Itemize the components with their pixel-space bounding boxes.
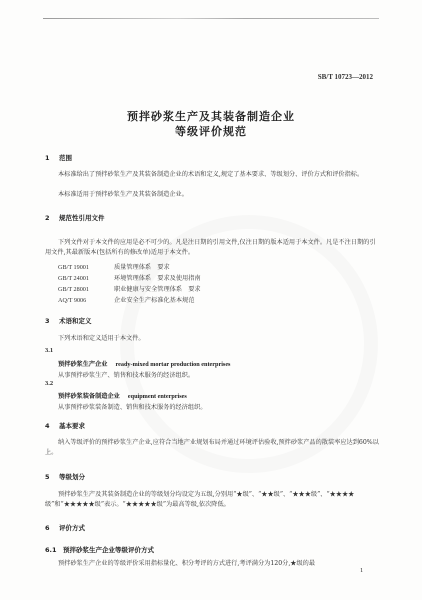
term-3-2-definition: 从事预拌砂浆装备制造、销售和技术服务的经济组织。 (58, 402, 207, 411)
section-6-1-para-1: 预拌砂浆生产企业的等级评价采用指标量化、积分考评的方式进行,考评满分为120分,… (45, 559, 381, 569)
header-rule (43, 18, 379, 19)
section-6-1-heading: 6.1预拌砂浆生产企业等级评价方式 (45, 545, 154, 554)
page-number: 1 (360, 567, 363, 574)
section-1-para-1: 本标准给出了预拌砂浆生产及其装备制造企业的术语和定义,规定了基本要求、等级划分、… (45, 170, 381, 180)
section-6-heading: 6评价方式 (45, 523, 85, 532)
reference-item: AQ/T 9006企业安全生产标准化基本规范 (58, 295, 194, 304)
section-5-para-1: 预拌砂浆生产及其装备制造企业的等级划分均设定为五级,分别用“★级”、“★★级”、… (45, 490, 381, 510)
term-3-2: 预拌砂浆装备制造企业equipment enterprises (58, 391, 187, 400)
section-2-para-1: 下列文件对于本文件的应用是必不可少的。凡是注日期的引用文件,仅注日期的版本适用于… (45, 238, 381, 258)
term-3-1-number: 3.1 (45, 347, 53, 354)
term-3-1-definition: 从事预拌砂浆生产、销售和技术服务的经济组织。 (58, 370, 194, 379)
section-4-para-1: 纳入等级评价的预拌砂浆生产企业,应符合当地产业规划布局并通过环境评估验收,预拌砂… (45, 438, 381, 458)
document-page: SB/T 10723—2012 预拌砂浆生产及其装备制造企业 等级评价规范 1范… (0, 0, 422, 600)
term-3-2-number: 3.2 (45, 380, 53, 387)
section-5-heading: 5等级划分 (45, 472, 85, 481)
reference-item: GB/T 19001质量管理体系 要求 (58, 262, 170, 271)
document-title-line1: 预拌砂浆生产及其装备制造企业 (0, 108, 422, 124)
document-title-line2: 等级评价规范 (0, 123, 422, 139)
section-3-heading: 3术语和定义 (45, 316, 92, 325)
section-2-heading: 2规范性引用文件 (45, 213, 105, 222)
section-1-para-2: 本标准适用于预拌砂浆生产及其装备制造企业。 (45, 190, 381, 200)
section-1-heading: 1范围 (45, 153, 72, 162)
reference-item: GB/T 28001职业健康与安全管理体系 要求 (58, 284, 201, 293)
standard-code: SB/T 10723—2012 (318, 73, 373, 81)
term-3-1: 预拌砂浆生产企业ready-mixed mortar production en… (58, 359, 230, 368)
section-4-heading: 4基本要求 (45, 421, 85, 430)
section-3-para-1: 下列术语和定义适用于本文件。 (45, 334, 381, 344)
reference-item: GB/T 24001环境管理体系 要求及使用指南 (58, 273, 201, 282)
